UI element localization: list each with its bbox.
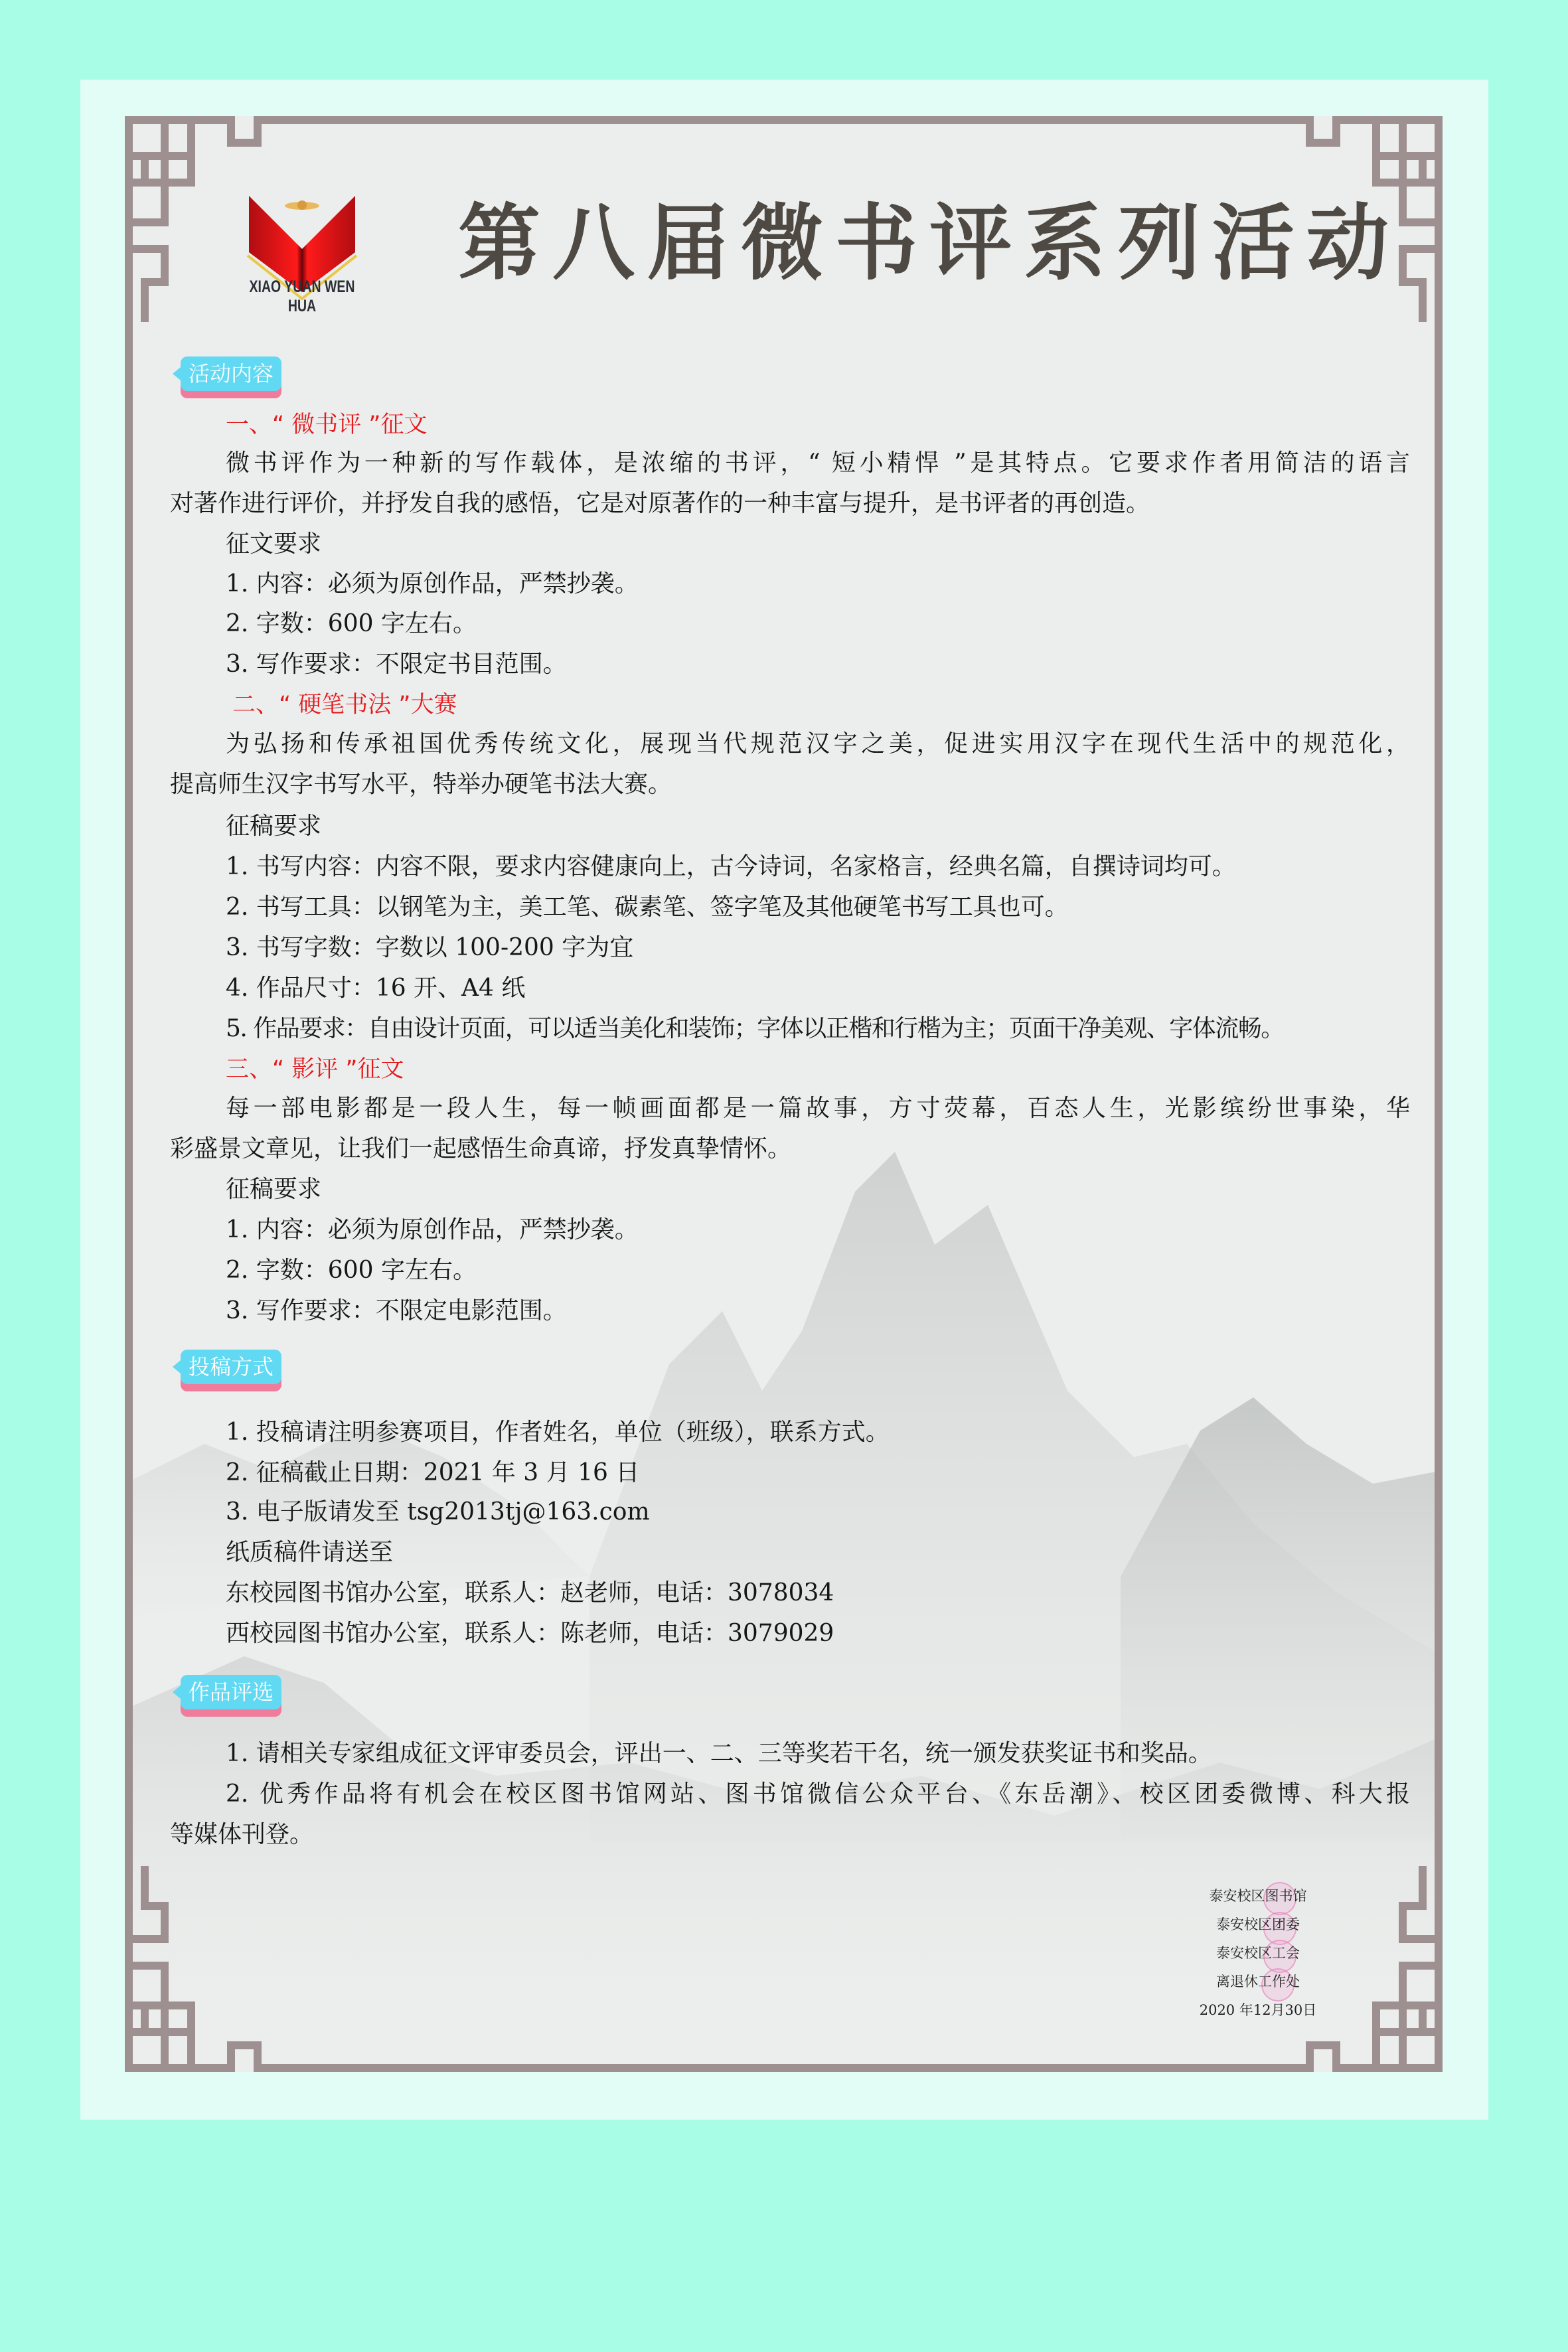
requirement-item: 1. 书写内容：内容不限，要求内容健康向上，古今诗词，名家格言，经典名篇，自撰诗… (226, 852, 1467, 882)
paragraph-line: 为弘扬和传承祖国优秀传统文化，展现当代规范汉字之美，促进实用汉字在现代生活中的规… (226, 730, 1410, 759)
requirements-title: 征稿要求 (226, 812, 1467, 841)
requirement-item: 1. 内容：必须为原创作品，严禁抄袭。 (226, 1215, 1467, 1245)
heading-part3: 三、“ 影评 ”征文 (226, 1055, 1467, 1084)
contact-line: 东校园图书馆办公室，联系人：赵老师，电话：3078034 (226, 1579, 1467, 1608)
paragraph-line: 彩盛景文章见，让我们一起感悟生命真谛，抒发真挚情怀。 (170, 1135, 1411, 1164)
paragraph-line: 微书评作为一种新的写作载体，是浓缩的书评，“ 短小精悍 ”是其特点。它要求作者用… (226, 449, 1410, 478)
requirement-item: 3. 书写字数：字数以 100-200 字为宜 (226, 933, 1467, 963)
page-title: 第八届微书评系列活动 (458, 194, 1334, 293)
selection-item: 2. 优秀作品将有机会在校区图书馆网站、图书馆微信公众平台、《东岳潮》、校区团委… (226, 1780, 1410, 1809)
signature-org: 泰安校区团委 (1182, 1914, 1334, 1936)
submission-item: 2. 征稿截止日期：2021 年 3 月 16 日 (226, 1458, 1467, 1488)
paragraph-line: 对著作进行评价，并抒发自我的感悟，它是对原著作的一种丰富与提升，是书评者的再创造… (170, 489, 1411, 518)
heading-part2: 二、“ 硬笔书法 ”大赛 (232, 690, 1474, 720)
requirement-item: 2. 字数：600 字左右。 (226, 1256, 1467, 1285)
requirement-item: 1. 内容：必须为原创作品，严禁抄袭。 (226, 570, 1467, 599)
signature-org: 离退休工作处 (1182, 1971, 1334, 1993)
submission-item: 3. 电子版请发至 tsg2013tj@163.com (226, 1498, 1467, 1527)
requirement-item: 4. 作品尺寸：16 开、A4 纸 (226, 974, 1467, 1003)
requirement-item: 3. 写作要求：不限定电影范围。 (226, 1296, 1467, 1326)
section-tag-selection: 作品评选 (181, 1675, 281, 1709)
requirement-item: 3. 写作要求：不限定书目范围。 (226, 650, 1467, 679)
requirements-title: 征稿要求 (226, 1175, 1467, 1204)
requirement-item: 2. 字数：600 字左右。 (226, 609, 1467, 639)
selection-item: 等媒体刊登。 (170, 1820, 1411, 1849)
paragraph-line: 提高师生汉字书写水平，特举办硬笔书法大赛。 (170, 770, 1411, 799)
section-tag-activity: 活动内容 (181, 356, 281, 391)
heading-part1: 一、“ 微书评 ”征文 (226, 410, 1467, 439)
contact-line: 西校园图书馆办公室，联系人：陈老师，电话：3079029 (226, 1619, 1467, 1648)
signature-org: 泰安校区工会 (1182, 1942, 1334, 1964)
signature-date: 2020 年12月30日 (1182, 1999, 1334, 2021)
paragraph-line: 每一部电影都是一段人生，每一帧画面都是一篇故事，方寸荧幕，百态人生，光影缤纷世事… (226, 1094, 1410, 1123)
submission-item: 1. 投稿请注明参赛项目，作者姓名，单位（班级），联系方式。 (226, 1418, 1467, 1447)
requirements-title: 征文要求 (226, 530, 1467, 559)
requirement-item: 5. 作品要求：自由设计页面，可以适当美化和装饰；字体以正楷和行楷为主；页面干净… (226, 1014, 1467, 1044)
requirement-item: 2. 书写工具：以钢笔为主，美工笔、碳素笔、签字笔及其他硬笔书写工具也可。 (226, 893, 1467, 922)
paper-submission-title: 纸质稿件请送至 (226, 1538, 1467, 1567)
section-tag-submission: 投稿方式 (181, 1350, 281, 1384)
selection-item: 1. 请相关专家组成征文评审委员会，评出一、二、三等奖若干名，统一颁发获奖证书和… (226, 1739, 1467, 1768)
logo-text: XIAO YUAN WEN HUA (235, 277, 370, 316)
signature-org: 泰安校区图书馆 (1182, 1885, 1334, 1907)
